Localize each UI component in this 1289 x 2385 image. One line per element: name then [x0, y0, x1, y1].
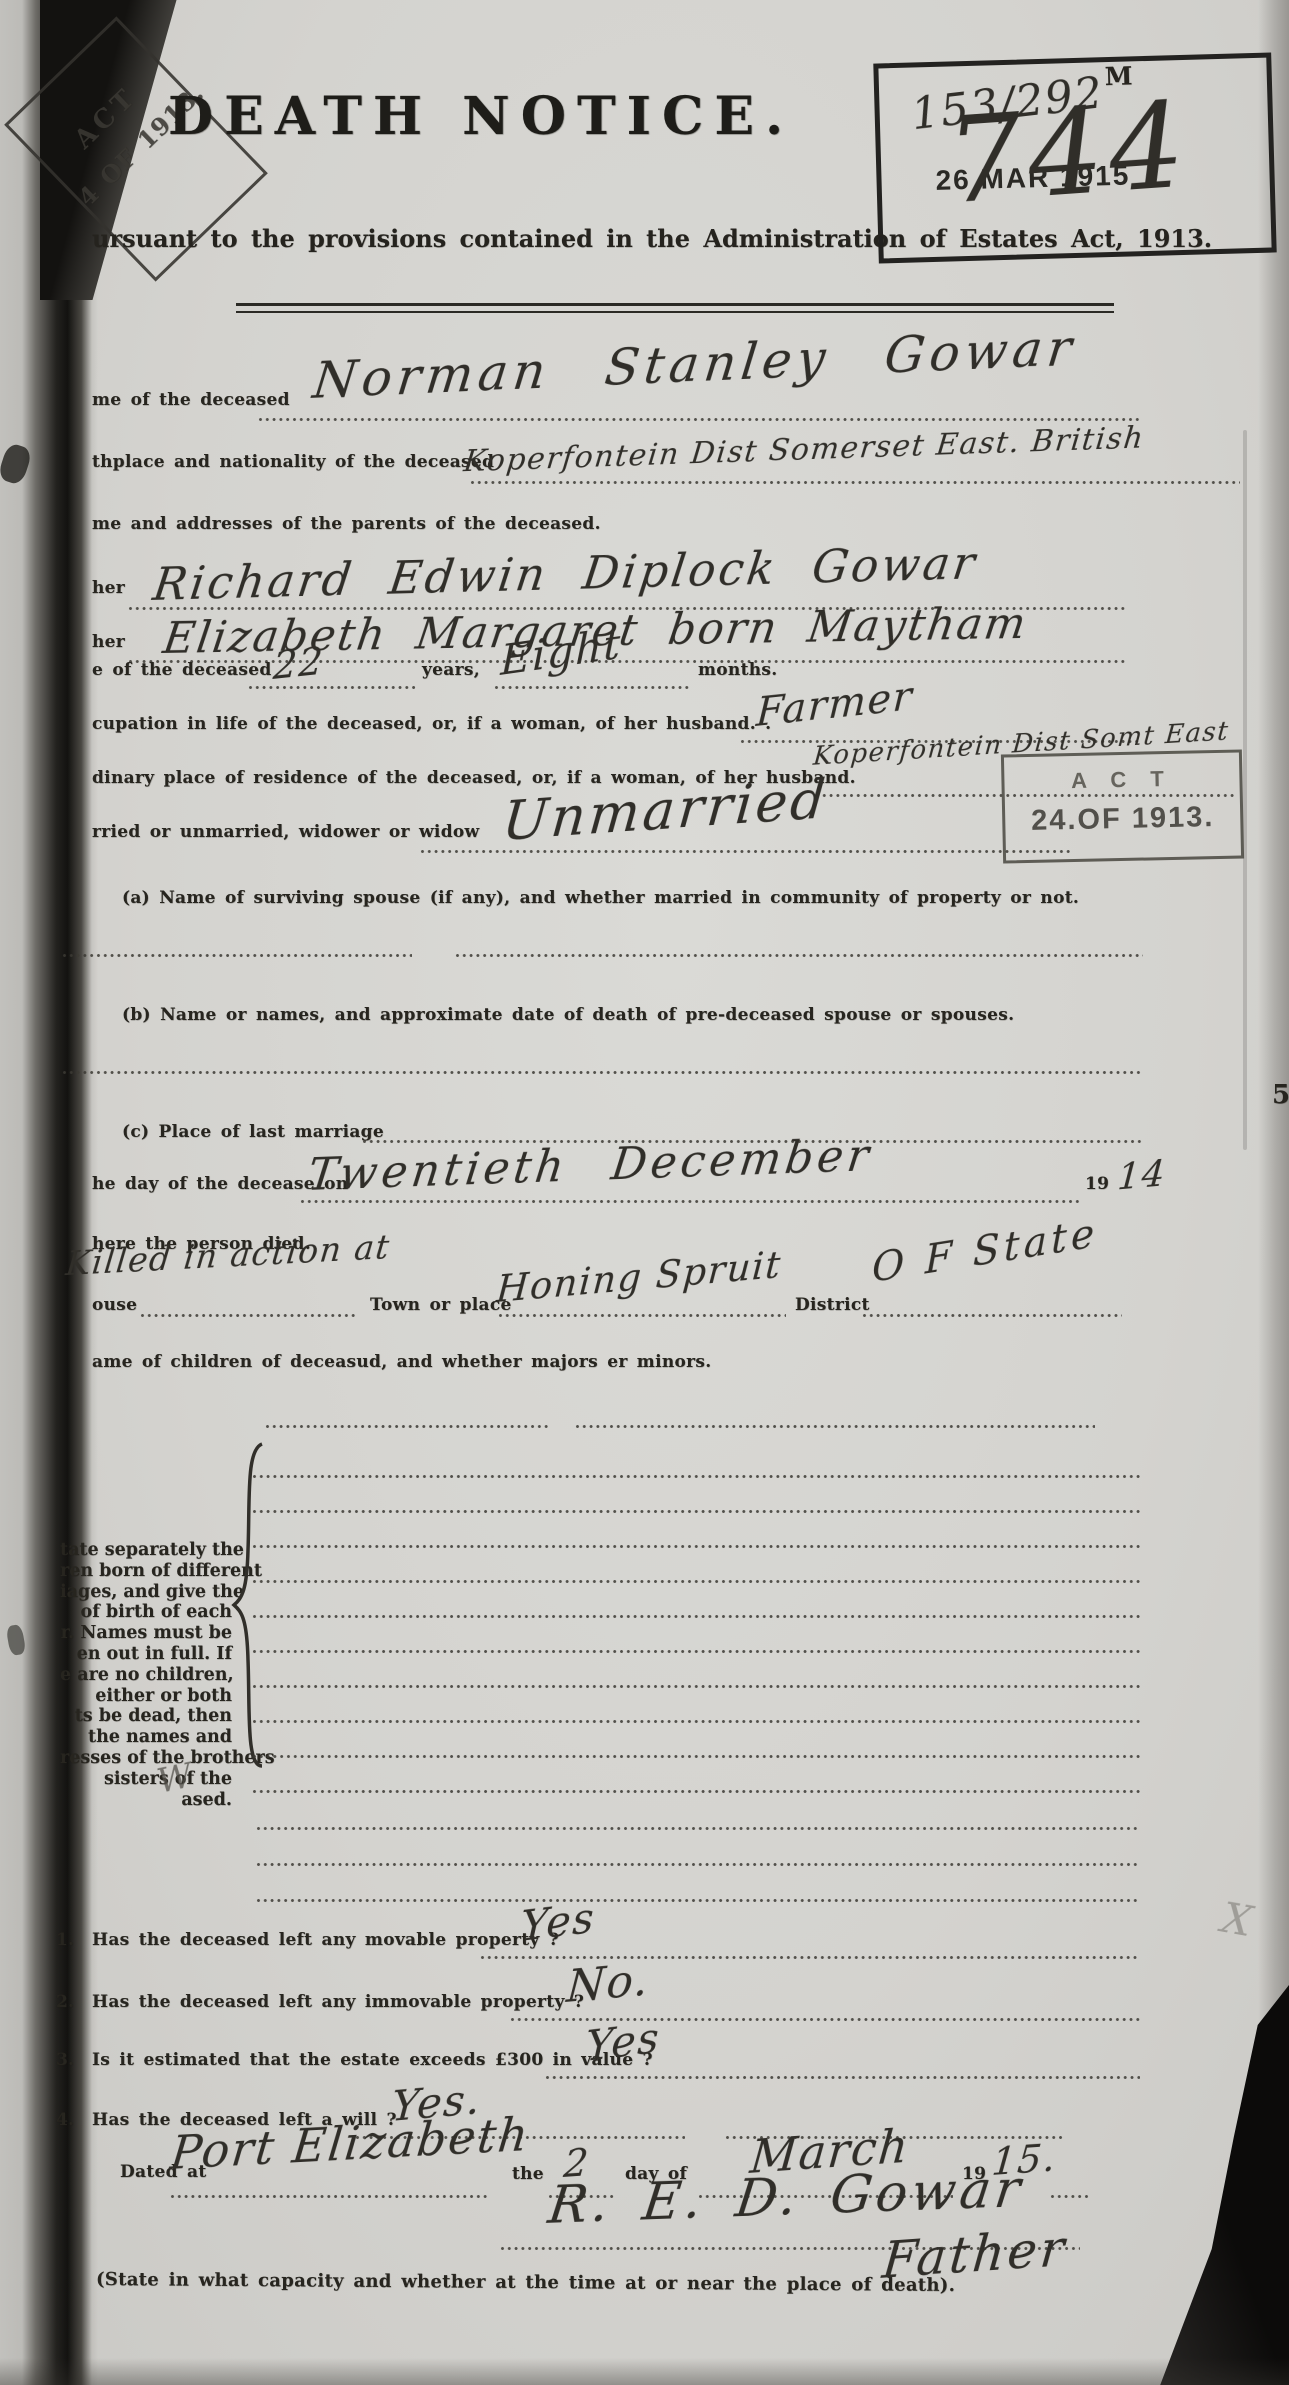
dotted-line [545, 2075, 1140, 2080]
act-1913-stamp: A C T 24.OF 1913. [1001, 749, 1244, 863]
age-label: e of the deceased [92, 660, 272, 680]
right-margin-x-mark: X [1218, 1893, 1257, 1947]
dotted-line [62, 1070, 1142, 1075]
margin-note-line: of birth of each [60, 1602, 232, 1623]
dotted-line [494, 685, 692, 690]
age-years-value: 22 [272, 638, 325, 688]
house-label: ouse [92, 1295, 137, 1315]
surviving-spouse-label: (a) Name of surviving spouse (if any), a… [122, 888, 1079, 908]
dotted-line [1050, 2194, 1090, 2199]
q-immovable-value: No. [565, 1954, 651, 2013]
district-label: District [795, 1295, 870, 1315]
mother-label: her [92, 632, 125, 652]
predeceased-spouse-label: (b) Name or names, and approximate date … [122, 1005, 1014, 1025]
margin-note-line: iages, and give the [60, 1582, 232, 1603]
father-label: her [92, 578, 125, 598]
torn-corner-shadow [1105, 1985, 1289, 2385]
children-margin-note: tate separately the ren born of differen… [60, 1540, 232, 1810]
children-dotted-line [256, 1898, 1140, 1903]
margin-note-line: ren born of different [60, 1561, 232, 1582]
dotted-line [470, 480, 1240, 485]
capacity-label: (State in what capacity and whether at t… [96, 2269, 955, 2296]
decease-year-value: 14 [1116, 1153, 1168, 1199]
bottom-edge-shadow [0, 2358, 1289, 2385]
dotted-line [862, 1313, 1122, 1318]
divider-rule [236, 303, 1114, 313]
children-dotted-line [252, 1614, 1140, 1619]
last-marriage-label: (c) Place of last marriage [122, 1122, 384, 1142]
act-1913-stamp-line2: 24.OF 1913. [1005, 801, 1241, 839]
age-years-label: years, [422, 660, 480, 680]
marital-status-label: rried or unmarried, widower or widow [92, 822, 479, 842]
q-estate-value-number: 3. [56, 2050, 74, 2070]
q-immovable-label: Has the deceased left any immovable prop… [92, 1992, 584, 2012]
dotted-line [140, 1313, 358, 1318]
name-of-deceased-label: me of the deceased [92, 390, 290, 410]
death-notice-scan: ACT 4 OF 1913. DEATH NOTICE. 153/292 M 2… [0, 0, 1289, 2385]
town-or-place-label: Town or place [370, 1295, 512, 1315]
children-dotted-line [252, 1684, 1140, 1689]
decease-year-printed: 19 [1085, 1174, 1109, 1194]
children-dotted-line [252, 1649, 1140, 1654]
father-value: Richard Edwin Diplock Gowar [150, 536, 981, 611]
dotted-line [480, 1955, 1140, 1960]
margin-note-line: en out in full. If [60, 1644, 232, 1665]
q-estate-value-label: Is it estimated that the estate exceeds … [92, 2050, 653, 2070]
filing-case-number: 744 [942, 75, 1194, 230]
q-movable-label: Has the deceased left any movable proper… [92, 1930, 559, 1950]
name-of-deceased-value: Norman Stanley Gowar [310, 318, 1080, 410]
occupation-value: Farmer [755, 673, 914, 736]
q-movable-number: 1. [56, 1930, 74, 1950]
right-margin-number: 5 [1272, 1080, 1289, 1110]
act-1913-stamp-line1: A C T [1004, 765, 1239, 796]
margin-note-line: ased. [60, 1790, 232, 1811]
margin-note-line: sisters of the [60, 1769, 232, 1790]
binding-fold-shadow [22, 0, 98, 2385]
children-dotted-line [252, 1754, 1140, 1759]
age-months-label: months. [698, 660, 778, 680]
children-dotted-line [256, 1862, 1140, 1867]
birthplace-label: thplace and nationality of the deceased [92, 452, 494, 472]
children-dotted-line [252, 1719, 1140, 1724]
children-dotted-line [252, 1509, 1140, 1514]
margin-note-line: e are no children, [60, 1665, 232, 1686]
q-will-number: 4. [56, 2110, 74, 2130]
margin-note-line: either or both [60, 1686, 232, 1707]
town-or-place-value: Honing Spruit [495, 1243, 783, 1311]
signature-value: R. E. D. Gowar [545, 2159, 1027, 2236]
dotted-line [455, 953, 1143, 958]
children-dotted-line [252, 1474, 1140, 1479]
dotted-line [62, 953, 412, 958]
margin-note-line: resses of the brothers [60, 1748, 232, 1769]
subtitle: ursuant to the provisions contained in t… [92, 224, 1212, 253]
margin-note-line: the names and [60, 1727, 232, 1748]
children-dotted-line [252, 1789, 1140, 1794]
dotted-line [300, 1199, 1080, 1204]
district-value: O F State [872, 1210, 1098, 1292]
dotted-line [258, 417, 1142, 422]
margin-note-line: r. Names must be [60, 1623, 232, 1644]
right-crease [1243, 430, 1247, 1150]
dotted-line [498, 1313, 786, 1318]
capacity-value: Father [880, 2219, 1070, 2290]
margin-note-line: ts be dead, then [60, 1706, 232, 1727]
children-dotted-line [252, 1544, 1140, 1549]
dotted-line [575, 1424, 1095, 1429]
q-immovable-number: 2. [56, 1992, 74, 2012]
dotted-line [265, 1424, 550, 1429]
children-dotted-line [252, 1579, 1140, 1584]
dated-the-label: the [512, 2164, 544, 2184]
q-movable-value: Yes [520, 1892, 596, 1951]
dotted-line [170, 2194, 490, 2199]
children-dotted-line [256, 1826, 1140, 1831]
children-heading: ame of children of deceasud, and whether… [92, 1352, 712, 1372]
page-title: DEATH NOTICE. [168, 86, 794, 147]
parents-heading: me and addresses of the parents of the d… [92, 514, 601, 534]
q-estate-value-value: Yes [585, 2012, 661, 2071]
occupation-label: cupation in life of the deceased, or, if… [92, 714, 771, 734]
margin-note-line: tate separately the [60, 1540, 232, 1561]
birthplace-value: Koperfontein Dist Somerset East. British [462, 420, 1146, 479]
